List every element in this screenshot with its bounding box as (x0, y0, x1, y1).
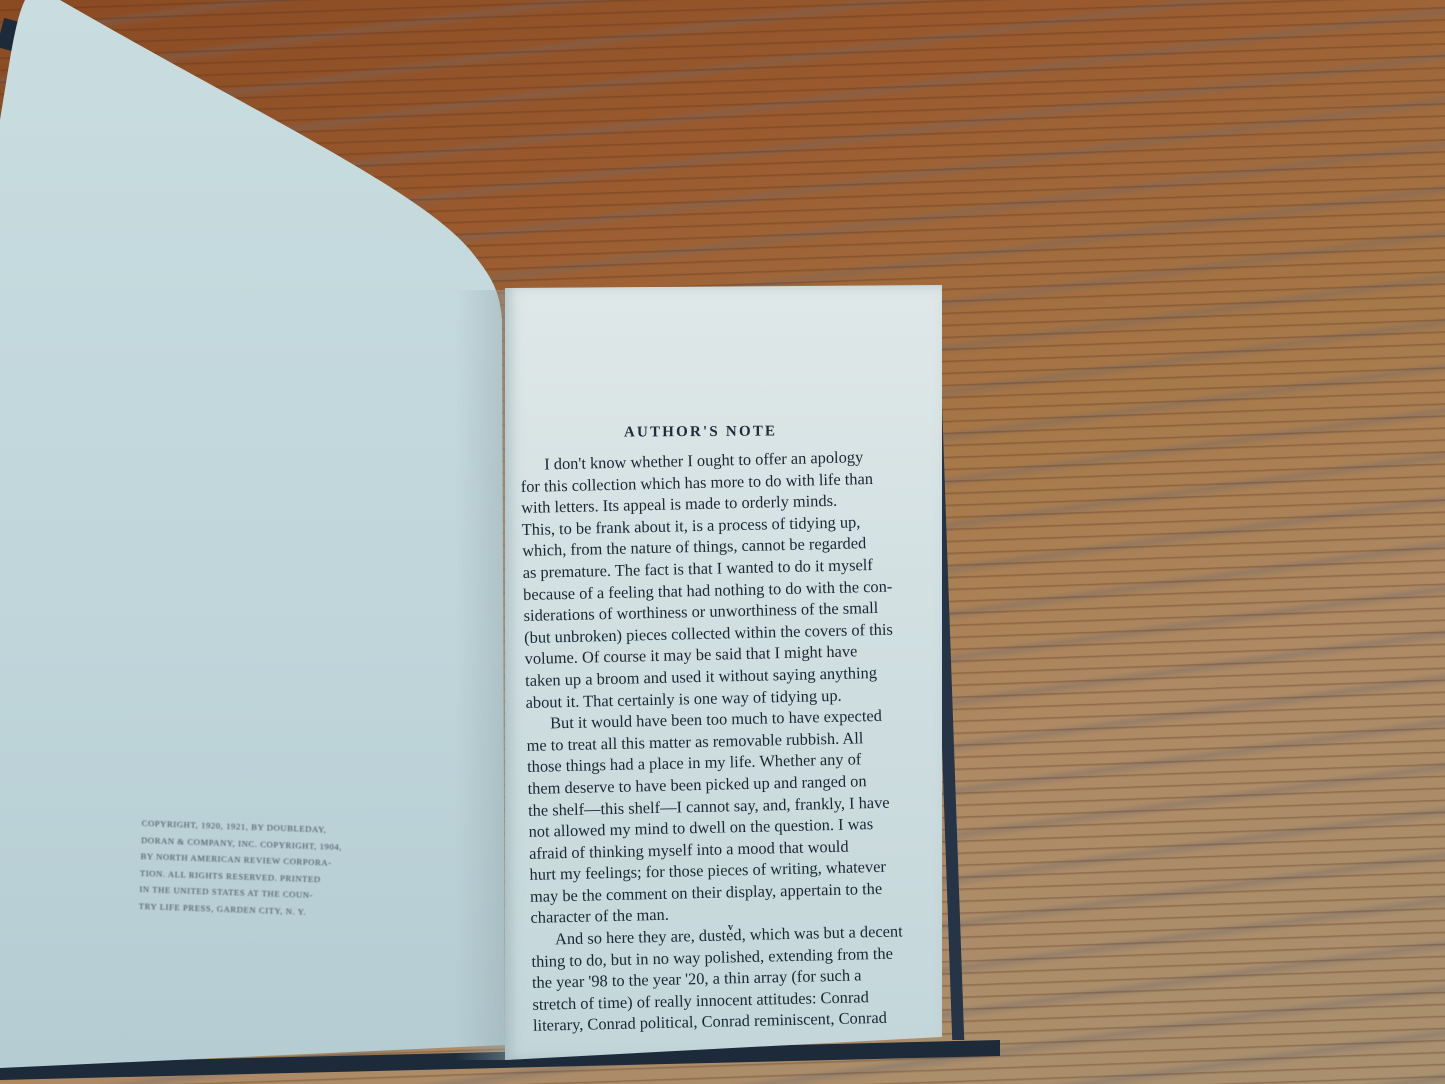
page-title: AUTHOR'S NOTE (624, 423, 777, 441)
page-number: v (728, 922, 733, 933)
copyright-block: Copyright, 1920, 1921, by Doubleday, Dor… (139, 815, 342, 921)
gutter-shadow (455, 290, 510, 1060)
author-note-body: I don't know whether I ought to offer an… (520, 444, 953, 1036)
